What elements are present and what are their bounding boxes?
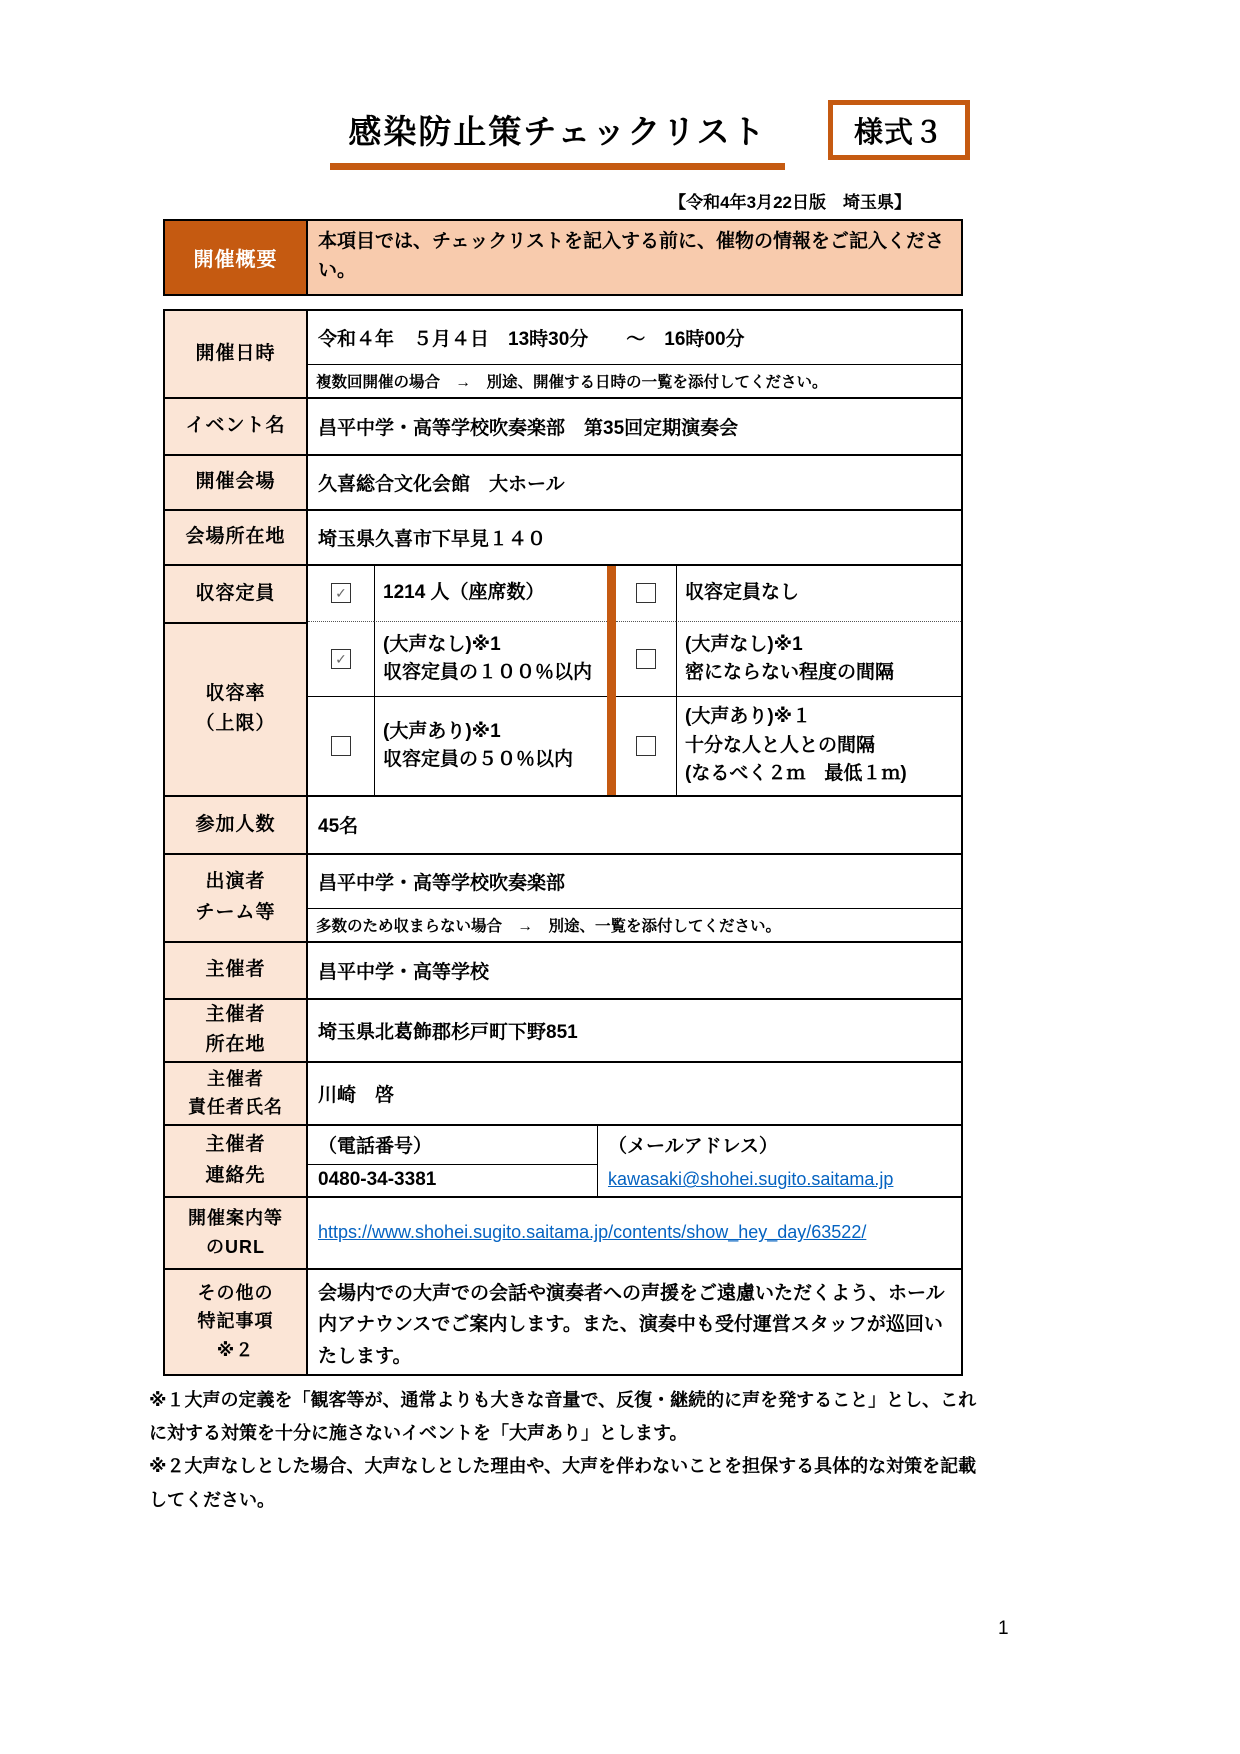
occupancy-100-line1: (大声なし)※1 bbox=[383, 631, 599, 660]
occupancy-50-checkbox[interactable] bbox=[331, 736, 351, 756]
table-row-url: 開催案内等 のURL https://www.shohei.sugito.sai… bbox=[165, 1198, 961, 1270]
occupancy-label: 収容率 （上限） bbox=[165, 624, 306, 795]
table-row-organizer-address: 主催者 所在地 埼玉県北葛飾郡杉戸町下野851 bbox=[165, 1000, 961, 1063]
organizer-manager-label-line2: 責任者氏名 bbox=[188, 1093, 283, 1122]
capacity-none-checkbox[interactable] bbox=[636, 583, 656, 603]
occupancy-100-line2: 収容定員の１００％以内 bbox=[383, 659, 599, 688]
capacity-row: ✓ 1214 人（座席数） 収容定員なし bbox=[308, 566, 961, 622]
capacity-label: 収容定員 bbox=[165, 566, 306, 624]
capacity-seated-checkbox[interactable]: ✓ bbox=[331, 583, 351, 603]
url-label-line1: 開催案内等 bbox=[188, 1204, 283, 1233]
orange-divider-bar bbox=[607, 622, 616, 698]
orange-divider-bar bbox=[607, 566, 616, 622]
event-name-label: イベント名 bbox=[165, 399, 308, 454]
email-label: （メールアドレス） bbox=[598, 1126, 961, 1164]
remarks-label-line3: ※２ bbox=[217, 1336, 255, 1365]
occupancy-spacing-line1: (大声なし)※1 bbox=[685, 631, 953, 660]
remarks-label-line1: その他の bbox=[198, 1279, 274, 1308]
orange-divider-bar bbox=[607, 697, 616, 795]
performers-note: 多数のため収まらない場合 → 別途、一覧を添付してください。 bbox=[308, 908, 961, 941]
table-row-organizer-manager: 主催者 責任者氏名 川崎 啓 bbox=[165, 1063, 961, 1126]
page-title: 感染防止策チェックリスト bbox=[330, 106, 785, 170]
remarks-label: その他の 特記事項 ※２ bbox=[165, 1270, 308, 1374]
organizer-manager-label-line1: 主催者 bbox=[207, 1065, 264, 1094]
table-row-participants: 参加人数 45名 bbox=[165, 797, 961, 855]
contact-phone-cell: （電話番号） 0480-34-3381 bbox=[308, 1126, 597, 1196]
phone-label: （電話番号） bbox=[308, 1126, 597, 1165]
table-row-organizer: 主催者 昌平中学・高等学校 bbox=[165, 943, 961, 1000]
occupancy-distance-checkbox[interactable] bbox=[636, 736, 656, 756]
occupancy-100-checkbox[interactable]: ✓ bbox=[331, 649, 351, 669]
venue-address-value: 埼玉県久喜市下早見１４０ bbox=[308, 511, 961, 564]
capacity-none-text: 収容定員なし bbox=[676, 566, 961, 622]
footnotes: ※１大声の定義を「観客等が、通常よりも大きな音量で、反復・継続的に声を発すること… bbox=[149, 1384, 981, 1517]
organizer-address-label: 主催者 所在地 bbox=[165, 1000, 308, 1061]
url-label-line2: のURL bbox=[206, 1233, 265, 1262]
venue-address-label: 会場所在地 bbox=[165, 511, 308, 564]
date-label: 開催日時 bbox=[165, 311, 308, 397]
organizer-value: 昌平中学・高等学校 bbox=[308, 943, 961, 998]
table-row-venue: 開催会場 久喜総合文化会館 大ホール bbox=[165, 456, 961, 511]
title-area: 感染防止策チェックリスト 様式３ bbox=[163, 98, 963, 186]
email-link[interactable]: kawasaki@shohei.sugito.saitama.jp bbox=[608, 1169, 893, 1190]
version-note: 【令和4年3月22日版 埼玉県】 bbox=[163, 188, 963, 213]
participants-label: 参加人数 bbox=[165, 797, 308, 853]
event-name-value: 昌平中学・高等学校吹奏楽部 第35回定期演奏会 bbox=[308, 399, 961, 454]
date-note: 複数回開催の場合 → 別途、開催する日時の一覧を添付してください。 bbox=[308, 364, 961, 397]
occupancy-label-line2: （上限） bbox=[195, 709, 275, 739]
organizer-manager-value: 川崎 啓 bbox=[308, 1063, 961, 1124]
table-row-capacity-block: 収容定員 収容率 （上限） ✓ 1214 人（座席数） 収容 bbox=[165, 566, 961, 797]
occupancy-spacing-line2: 密にならない程度の間隔 bbox=[685, 659, 953, 688]
occupancy-50-line2: 収容定員の５０％以内 bbox=[383, 746, 599, 775]
footnote-2: ※２大声なしとした場合、大声なしとした理由や、大声を伴わないことを担保する具体的… bbox=[149, 1450, 981, 1517]
occupancy-50-text: (大声あり)※1 収容定員の５０％以内 bbox=[374, 697, 607, 795]
organizer-address-value: 埼玉県北葛飾郡杉戸町下野851 bbox=[308, 1000, 961, 1061]
performers-value: 昌平中学・高等学校吹奏楽部 bbox=[308, 855, 961, 908]
performers-label: 出演者 チーム等 bbox=[165, 855, 308, 941]
organizer-address-label-line2: 所在地 bbox=[205, 1030, 265, 1060]
contact-email-cell: （メールアドレス） kawasaki@shohei.sugito.saitama… bbox=[597, 1126, 961, 1196]
occupancy-100-text: (大声なし)※1 収容定員の１００％以内 bbox=[374, 622, 607, 698]
organizer-manager-label: 主催者 責任者氏名 bbox=[165, 1063, 308, 1124]
url-label: 開催案内等 のURL bbox=[165, 1198, 308, 1268]
occupancy-distance-line2: 十分な人と人との間隔 bbox=[685, 732, 953, 761]
document-page: 感染防止策チェックリスト 様式３ 【令和4年3月22日版 埼玉県】 開催概要 本… bbox=[163, 98, 963, 1517]
occupancy-row-no-shouting: ✓ (大声なし)※1 収容定員の１００％以内 (大声なし)※1 密にならない程度… bbox=[308, 622, 961, 698]
table-row-date: 開催日時 令和４年 ５月４日 13時30分 ～ 16時00分 複数回開催の場合 … bbox=[165, 311, 961, 399]
organizer-label: 主催者 bbox=[165, 943, 308, 998]
remarks-label-line2: 特記事項 bbox=[198, 1307, 274, 1336]
table-row-remarks: その他の 特記事項 ※２ 会場内での大声での会話や演奏者への声援をご遠慮いただく… bbox=[165, 1270, 961, 1374]
event-url-link[interactable]: https://www.shohei.sugito.saitama.jp/con… bbox=[318, 1222, 951, 1243]
performers-label-line1: 出演者 bbox=[205, 867, 265, 897]
organizer-contact-label-line2: 連絡先 bbox=[205, 1161, 265, 1191]
capacity-seated-text: 1214 人（座席数） bbox=[374, 566, 607, 622]
venue-label: 開催会場 bbox=[165, 456, 308, 509]
table-row-performers: 出演者 チーム等 昌平中学・高等学校吹奏楽部 多数のため収まらない場合 → 別途… bbox=[165, 855, 961, 943]
venue-value: 久喜総合文化会館 大ホール bbox=[308, 456, 961, 509]
page-number: 1 bbox=[998, 1618, 1009, 1640]
occupancy-spacing-checkbox[interactable] bbox=[636, 649, 656, 669]
form-number-badge: 様式３ bbox=[828, 100, 970, 160]
remarks-value: 会場内での大声での会話や演奏者への声援をご遠慮いただくよう、ホール内アナウンスで… bbox=[308, 1270, 961, 1374]
participants-value: 45名 bbox=[308, 797, 961, 853]
date-value: 令和４年 ５月４日 13時30分 ～ 16時00分 bbox=[308, 311, 961, 364]
overview-label: 開催概要 bbox=[165, 221, 308, 294]
occupancy-50-line1: (大声あり)※1 bbox=[383, 718, 599, 747]
phone-value: 0480-34-3381 bbox=[308, 1165, 597, 1196]
performers-label-line2: チーム等 bbox=[195, 898, 275, 928]
table-row-venue-address: 会場所在地 埼玉県久喜市下早見１４０ bbox=[165, 511, 961, 566]
occupancy-distance-line1: (大声あり)※１ bbox=[685, 703, 953, 732]
occupancy-distance-line3: (なるべく２ｍ 最低１ｍ) bbox=[685, 760, 953, 789]
table-row-organizer-contact: 主催者 連絡先 （電話番号） 0480-34-3381 （メールアドレス） ka… bbox=[165, 1126, 961, 1198]
overview-instruction: 本項目では、チェックリストを記入する前に、催物の情報をご記入ください。 bbox=[308, 221, 961, 294]
organizer-address-label-line1: 主催者 bbox=[205, 1000, 265, 1030]
organizer-contact-label: 主催者 連絡先 bbox=[165, 1126, 308, 1196]
occupancy-distance-text: (大声あり)※１ 十分な人と人との間隔 (なるべく２ｍ 最低１ｍ) bbox=[676, 697, 961, 795]
occupancy-spacing-text: (大声なし)※1 密にならない程度の間隔 bbox=[676, 622, 961, 698]
table-row-event-name: イベント名 昌平中学・高等学校吹奏楽部 第35回定期演奏会 bbox=[165, 399, 961, 456]
occupancy-label-line1: 収容率 bbox=[205, 679, 265, 709]
event-info-table: 開催日時 令和４年 ５月４日 13時30分 ～ 16時00分 複数回開催の場合 … bbox=[163, 309, 963, 1376]
occupancy-row-shouting: (大声あり)※1 収容定員の５０％以内 (大声あり)※１ 十分な人と人との間隔 … bbox=[308, 697, 961, 795]
overview-banner: 開催概要 本項目では、チェックリストを記入する前に、催物の情報をご記入ください。 bbox=[163, 219, 963, 296]
footnote-1: ※１大声の定義を「観客等が、通常よりも大きな音量で、反復・継続的に声を発すること… bbox=[149, 1384, 981, 1451]
organizer-contact-label-line1: 主催者 bbox=[205, 1130, 265, 1160]
